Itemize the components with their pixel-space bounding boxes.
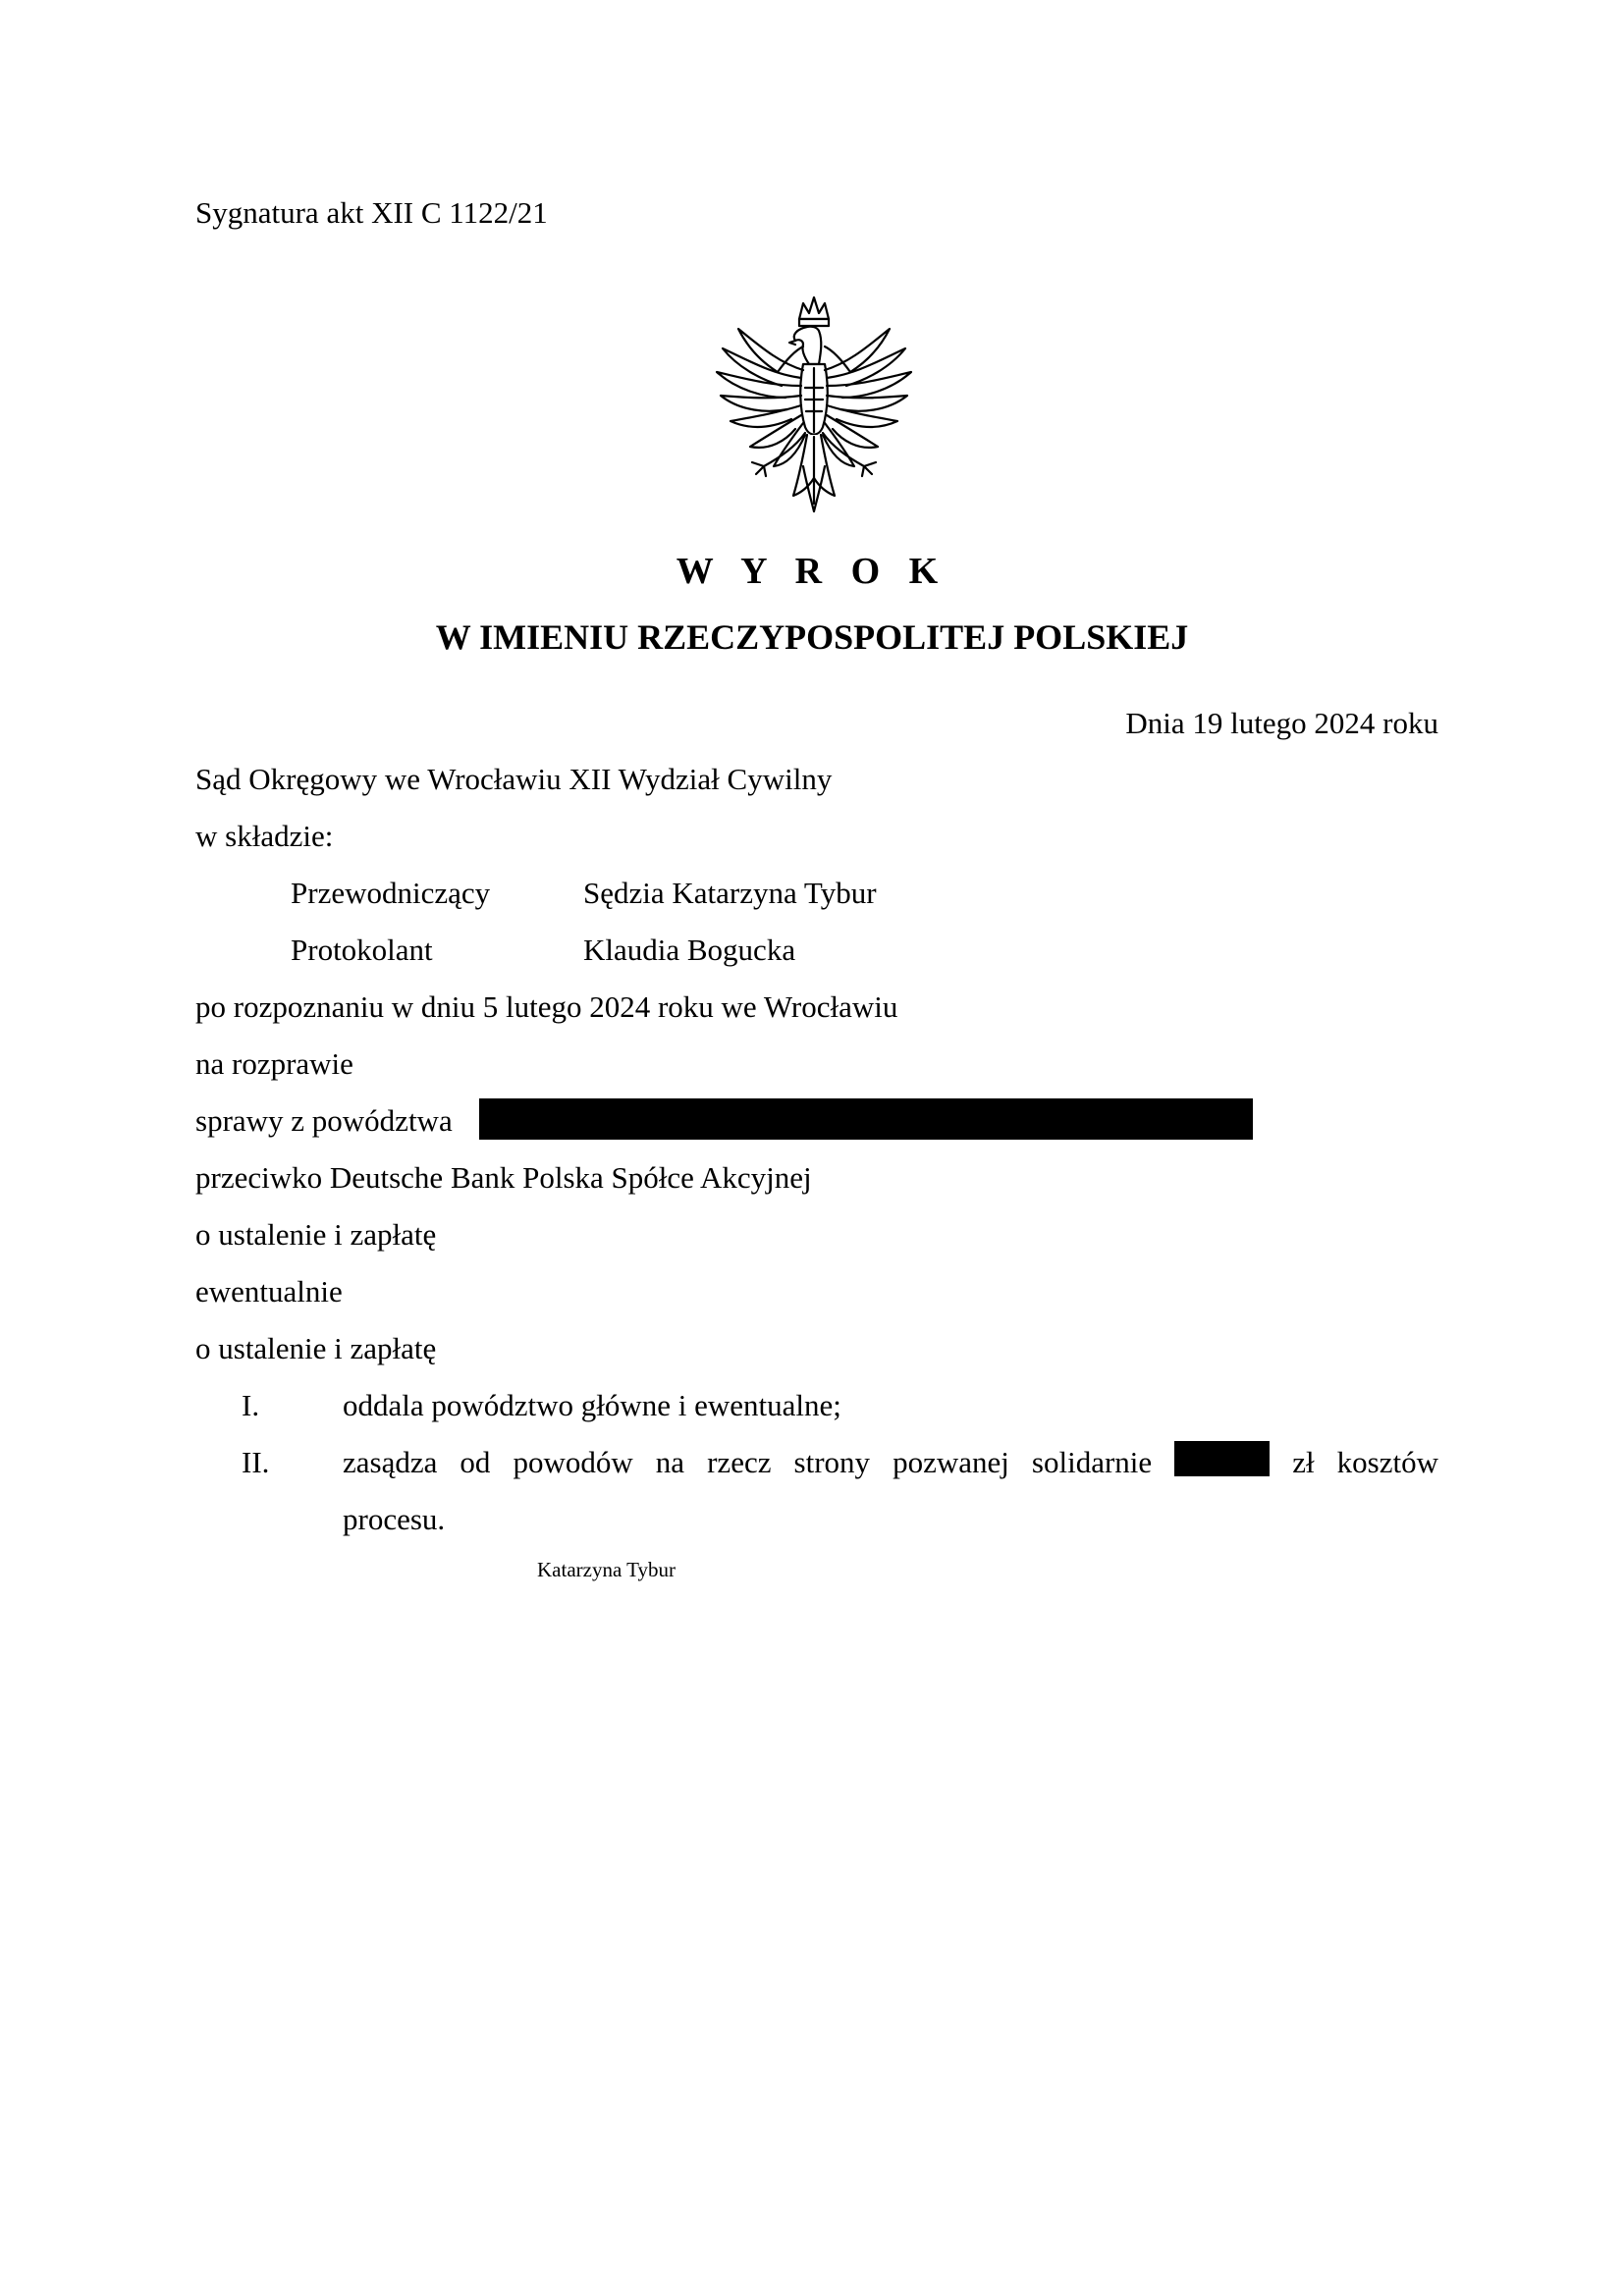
signer-name: Katarzyna Tybur (537, 1558, 676, 1582)
alternative-label: ewentualnie (195, 1276, 343, 1307)
composition-role: Przewodniczący (291, 878, 490, 908)
composition-role: Protokolant (291, 934, 433, 965)
court-name: Sąd Okręgowy we Wrocławiu XII Wydział Cy… (195, 764, 832, 794)
case-subject-main: o ustalenie i zapłatę (195, 1219, 436, 1250)
composition-label: w składzie: (195, 821, 333, 851)
ruling-word: strony (794, 1447, 871, 1477)
ruling-word: na (656, 1447, 684, 1477)
ruling-word: kosztów (1337, 1447, 1438, 1477)
ruling-text-continuation: procesu. (343, 1504, 445, 1534)
ruling-text: oddala powództwo główne i ewentualne; (343, 1390, 841, 1420)
ruling-number: II. (242, 1447, 269, 1477)
plaintiff-redaction (479, 1098, 1253, 1140)
hearing-info: po rozpoznaniu w dniu 5 lutego 2024 roku… (195, 991, 897, 1022)
defendant: przeciwko Deutsche Bank Polska Spółce Ak… (195, 1162, 812, 1193)
plaintiff-label: sprawy z powództwa (195, 1105, 453, 1136)
ruling-word: rzecz (707, 1447, 771, 1477)
ruling-text: zasądza od powodów na rzecz strony pozwa… (343, 1447, 1438, 1477)
judgment-title: W Y R O K (0, 550, 1624, 593)
ruling-word: solidarnie (1032, 1447, 1152, 1477)
judgment-subtitle: W IMIENIU RZECZYPOSPOLITEJ POLSKIEJ (0, 616, 1624, 658)
ruling-word: zł (1292, 1447, 1314, 1477)
ruling-number: I. (242, 1390, 259, 1420)
ruling-word: od (460, 1447, 490, 1477)
polish-eagle-emblem-icon (709, 290, 919, 521)
ruling-word: pozwanej (893, 1447, 1009, 1477)
trial-info: na rozprawie (195, 1048, 353, 1079)
ruling-word: zasądza (343, 1447, 437, 1477)
composition-person: Sędzia Katarzyna Tybur (583, 878, 877, 908)
composition-person: Klaudia Bogucka (583, 934, 795, 965)
case-subject-alternative: o ustalenie i zapłatę (195, 1333, 436, 1363)
ruling-word: powodów (513, 1447, 632, 1477)
judgment-date: Dnia 19 lutego 2024 roku (1125, 708, 1438, 738)
case-reference: Sygnatura akt XII C 1122/21 (195, 197, 548, 228)
amount-redaction (1174, 1441, 1270, 1476)
